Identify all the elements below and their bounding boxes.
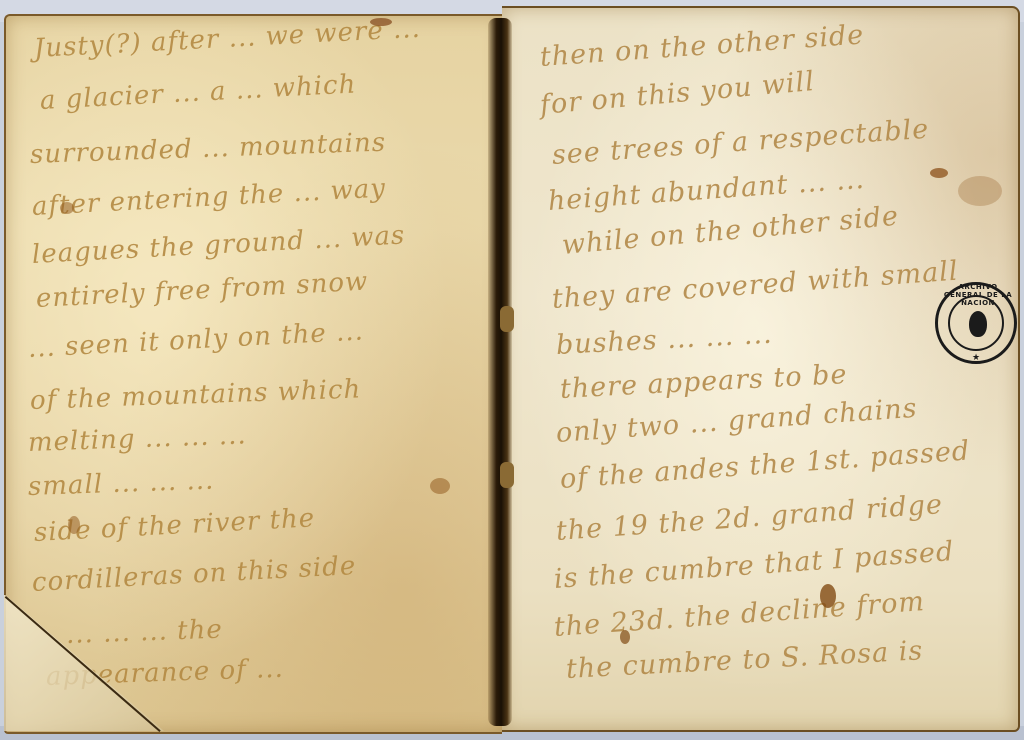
left-line-6: entirely free from snow — [35, 267, 369, 314]
ink-stain — [60, 202, 74, 214]
binding-thread — [500, 306, 514, 332]
water-stain — [958, 176, 1002, 206]
left-line-4: after entering the ... way — [31, 173, 386, 222]
left-line-8: of the mountains which — [29, 374, 361, 416]
right-line-13: the 23d. the decline from — [553, 586, 926, 643]
ink-stain — [370, 18, 392, 26]
stamp-inner-ring — [948, 295, 1004, 351]
book-spine — [488, 18, 512, 726]
left-line-9: melting ... ... ... — [27, 420, 247, 458]
ink-stain — [430, 478, 450, 494]
ink-blot — [620, 630, 630, 644]
left-line-1: Justy(?) after ... we were ... — [33, 14, 421, 64]
star-icon: ★ — [972, 353, 980, 363]
right-page: then on the other side for on this you w… — [502, 6, 1020, 732]
binding-thread — [500, 462, 514, 488]
ink-stain — [68, 516, 80, 534]
right-line-12: is the cumbre that I passed — [553, 536, 955, 595]
right-line-8: there appears to be — [559, 359, 848, 405]
right-line-2: for on this you will — [539, 66, 816, 121]
ink-stain — [930, 168, 948, 178]
left-line-12: cordilleras on this side — [31, 551, 357, 598]
right-line-7: bushes ... ... ... — [555, 319, 773, 361]
left-line-3: surrounded ... mountains — [29, 128, 386, 170]
right-line-3: see trees of a respectable — [551, 114, 930, 171]
right-line-1: then on the other side — [539, 19, 865, 73]
left-line-13: ... ... ... the — [65, 615, 223, 650]
right-line-14: the cumbre to S. Rosa is — [565, 635, 924, 685]
left-line-2: a glacier ... a ... which — [39, 69, 357, 116]
right-line-11: the 19 the 2d. grand ridge — [555, 489, 944, 547]
archive-stamp: ARCHIVO GENERAL DE LA NACION ★ — [935, 282, 1017, 364]
left-line-5: leagues the ground ... was — [31, 220, 406, 270]
right-line-6: they are covered with small — [551, 256, 960, 315]
left-page: Justy(?) after ... we were ... a glacier… — [4, 14, 502, 734]
left-line-7: ... seen it only on the ... — [27, 316, 364, 364]
coat-of-arms-icon — [969, 311, 987, 337]
left-line-10: small ... ... ... — [27, 466, 214, 502]
ink-blot — [820, 584, 836, 608]
